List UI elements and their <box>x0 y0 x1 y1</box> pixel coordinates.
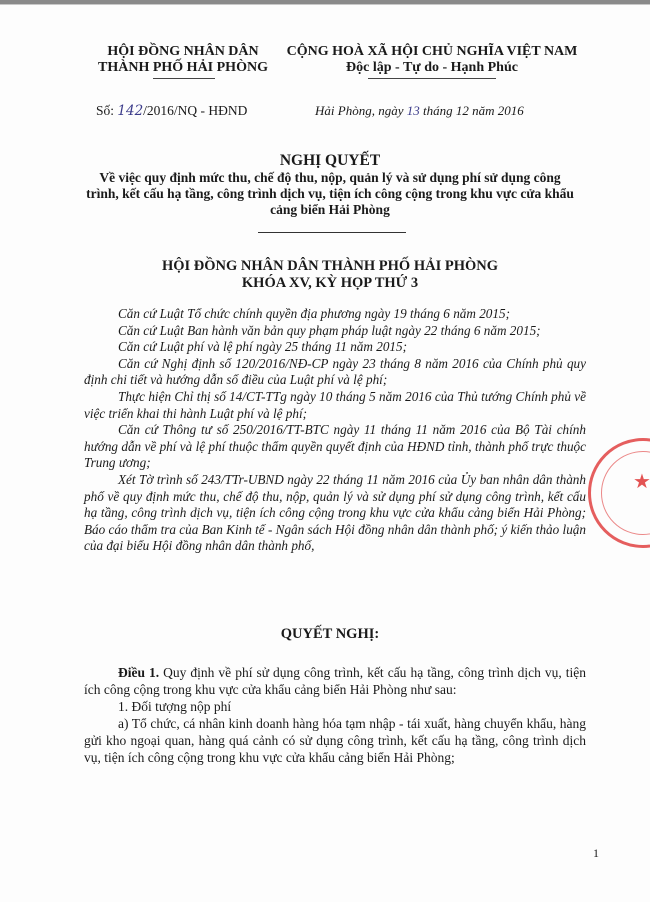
article-1-item-1a: a) Tổ chức, cá nhân kinh doanh hàng hóa … <box>84 715 586 766</box>
document-date: Hải Phòng, ngày 13 tháng 12 năm 2016 <box>315 103 524 119</box>
council-heading: HỘI ĐỒNG NHÂN DÂN THÀNH PHỐ HẢI PHÒNG KH… <box>60 258 600 292</box>
preamble-item: Xét Tờ trình số 243/TTr-UBND ngày 22 thá… <box>84 472 586 555</box>
issuing-authority: HỘI ĐỒNG NHÂN DÂN THÀNH PHỐ HẢI PHÒNG <box>88 44 278 76</box>
article-1-intro: Điều 1. Quy định về phí sử dụng công trì… <box>84 664 586 698</box>
preamble: Căn cứ Luật Tổ chức chính quyền địa phươ… <box>84 306 586 555</box>
preamble-item: Thực hiện Chỉ thị số 14/CT-TTg ngày 10 t… <box>84 389 586 422</box>
motto-underline <box>368 78 496 79</box>
article-1-label: Điều 1. <box>118 665 159 680</box>
subtitle-underline <box>258 232 406 233</box>
article-1-item-1: 1. Đối tượng nộp phí <box>84 698 586 715</box>
decision-heading: QUYẾT NGHỊ: <box>60 626 600 643</box>
number-suffix: /2016/NQ - HĐND <box>143 103 247 118</box>
national-motto: CỘNG HOÀ XÃ HỘI CHỦ NGHĨA VIỆT NAM Độc l… <box>282 44 582 76</box>
date-handwritten: 13 <box>407 103 420 118</box>
council-session: KHÓA XV, KỲ HỌP THỨ 3 <box>60 275 600 292</box>
document-number: Số: 142/2016/NQ - HĐND <box>96 103 247 119</box>
national-title: CỘNG HOÀ XÃ HỘI CHỦ NGHĨA VIỆT NAM <box>282 44 582 60</box>
document-page: HỘI ĐỒNG NHÂN DÂN THÀNH PHỐ HẢI PHÒNG CỘ… <box>0 0 650 902</box>
preamble-item: Căn cứ Nghị định số 120/2016/NĐ-CP ngày … <box>84 356 586 389</box>
star-icon: ★ <box>633 469 650 494</box>
council-name: HỘI ĐỒNG NHÂN DÂN THÀNH PHỐ HẢI PHÒNG <box>60 258 600 275</box>
preamble-item: Căn cứ Thông tư số 250/2016/TT-BTC ngày … <box>84 422 586 472</box>
motto: Độc lập - Tự do - Hạnh Phúc <box>282 60 582 76</box>
date-suffix: tháng 12 năm 2016 <box>420 103 524 118</box>
number-prefix: Số: <box>96 103 117 118</box>
issuing-authority-line-1: HỘI ĐỒNG NHÂN DÂN <box>88 44 278 60</box>
article-1-text: Quy định về phí sử dụng công trình, kết … <box>84 665 586 697</box>
document-subtitle: Về việc quy định mức thu, chế độ thu, nộ… <box>85 170 575 218</box>
date-prefix: Hải Phòng, ngày <box>315 103 407 118</box>
issuing-authority-line-2: THÀNH PHỐ HẢI PHÒNG <box>88 60 278 76</box>
document-title: NGHỊ QUYẾT <box>60 152 600 170</box>
article-1: Điều 1. Quy định về phí sử dụng công trì… <box>84 664 586 766</box>
authority-underline <box>153 78 215 79</box>
preamble-item: Căn cứ Luật Ban hành văn bản quy phạm ph… <box>84 323 586 340</box>
page-number: 1 <box>593 846 599 861</box>
preamble-item: Căn cứ Luật phí và lệ phí ngày 25 tháng … <box>84 339 586 356</box>
number-handwritten: 142 <box>117 103 143 119</box>
official-seal-stamp: ★ <box>588 438 650 548</box>
preamble-item: Căn cứ Luật Tổ chức chính quyền địa phươ… <box>84 306 586 323</box>
